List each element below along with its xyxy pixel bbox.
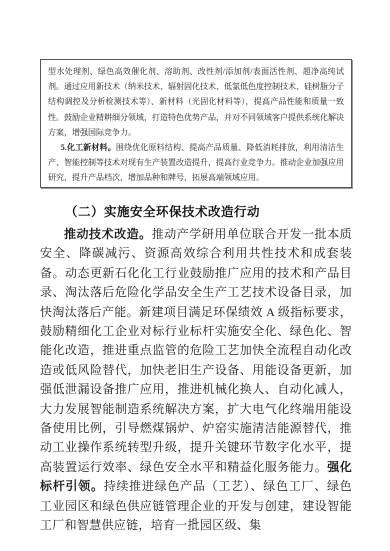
body-lead-tech-upgrade: 推动技术改造。 [64,227,152,241]
body-paragraph: 推动技术改造。推动产学研用单位联合开发一批本质安全、降碳减污、资源高效综合利用共… [40,225,352,536]
page-number: 5 [0,516,390,526]
section-heading: （二）实施安全环保技术改造行动 [40,202,352,220]
callout-box: 型水处理剂、绿色高效催化剂、溶助剂、改性剂/添加剂/表面活性剂、超净高纯试剂。通… [40,59,352,188]
box-paragraph-continued: 型水处理剂、绿色高效催化剂、溶助剂、改性剂/添加剂/表面活性剂、超净高纯试剂。通… [48,64,344,140]
box-paragraph-item5: 5.化工新材料。围绕优化原料结构、提高产品质量、降低消耗排放，利用清洁生产、智能… [48,140,344,186]
box-item5-lead: 5.化工新材料。 [61,143,116,152]
document-page: 型水处理剂、绿色高效催化剂、溶助剂、改性剂/添加剂/表面活性剂、超净高纯试剂。通… [0,0,390,551]
body-text-tech-upgrade: 推动产学研用单位联合开发一批本质安全、降碳减污、资源高效综合利用共性技术和成套装… [40,227,352,474]
